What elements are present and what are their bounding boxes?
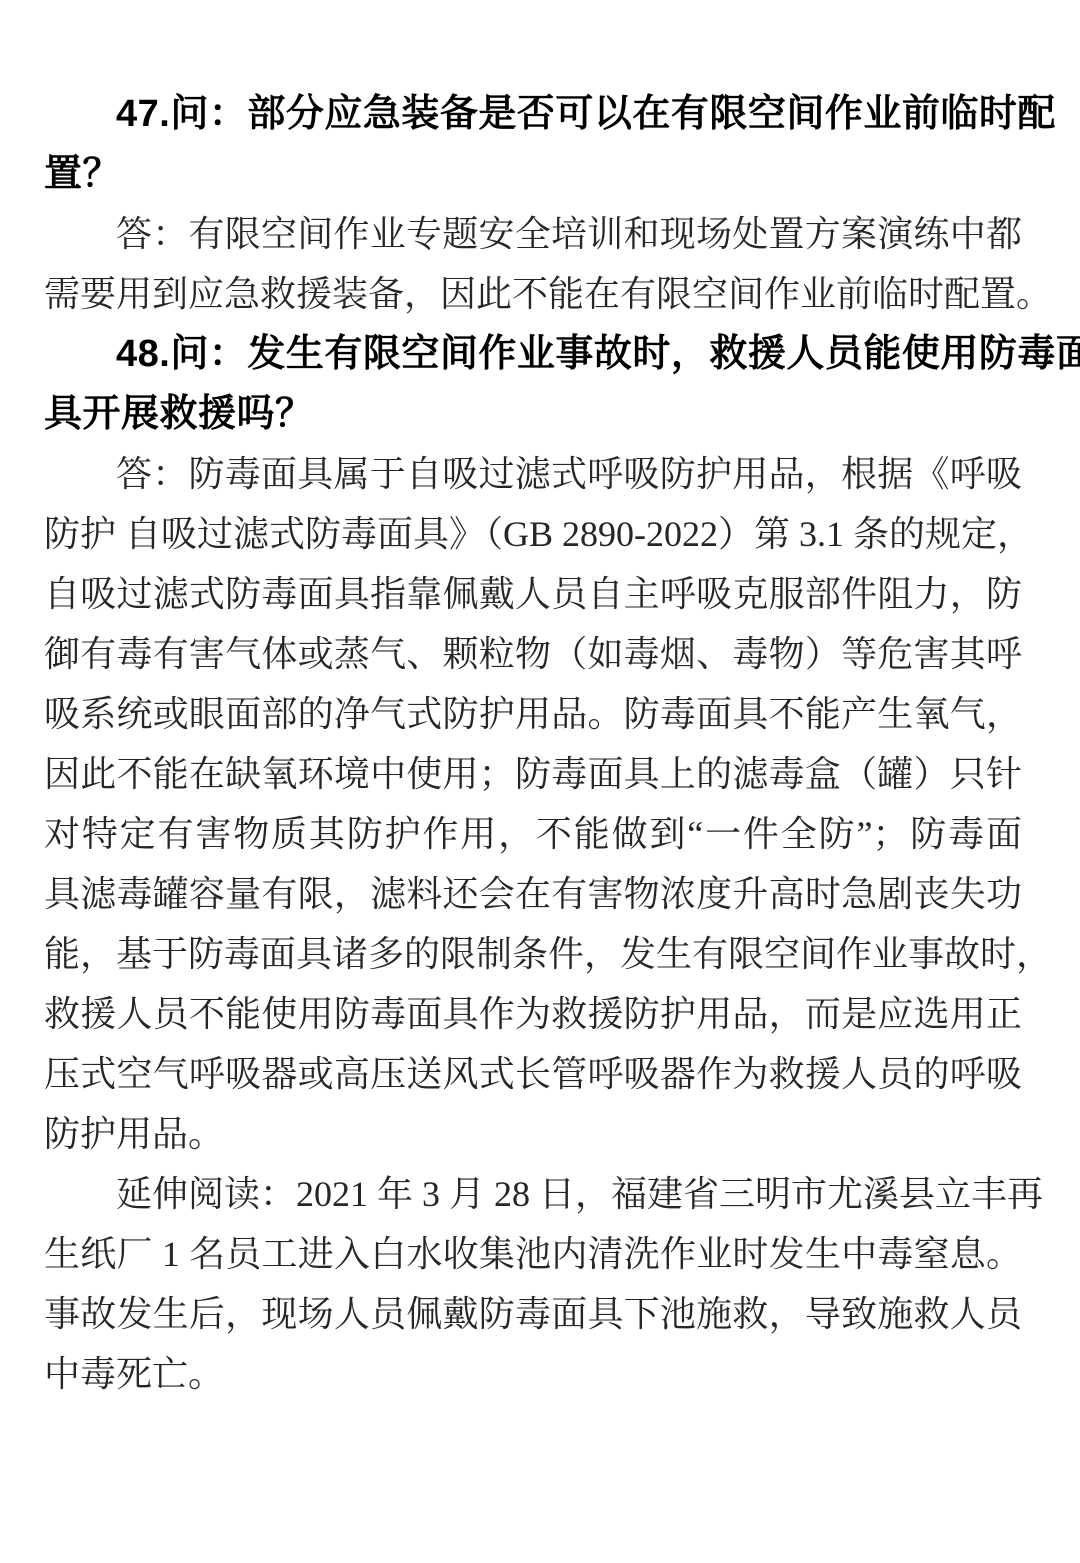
body-text-line: 压式空气呼吸器或高压送风式长管呼吸器作为救援人员的呼吸 <box>44 1044 1022 1104</box>
document-body: 47.问：部分应急装备是否可以在有限空间作业前临时配置？答：有限空间作业专题安全… <box>44 84 1022 1404</box>
body-text-line: 具滤毒罐容量有限，滤料还会在有害物浓度升高时急剧丧失功 <box>44 864 1022 924</box>
body-text-line: 吸系统或眼面部的净气式防护用品。防毒面具不能产生氧气， <box>44 684 1022 744</box>
question-text-line: 具开展救援吗？ <box>44 384 1022 444</box>
body-text-line: 防护用品。 <box>44 1104 1022 1164</box>
body-text-line: 御有毒有害气体或蒸气、颗粒物（如毒烟、毒物）等危害其呼 <box>44 624 1022 684</box>
body-text-line: 对特定有害物质其防护作用，不能做到“一件全防”；防毒面 <box>44 804 1022 864</box>
body-text-line: 防护 自吸过滤式防毒面具》（GB 2890-2022）第 3.1 条的规定， <box>44 504 1022 564</box>
body-text-line: 因此不能在缺氧环境中使用；防毒面具上的滤毒盒（罐）只针 <box>44 744 1022 804</box>
body-text-line: 能，基于防毒面具诸多的限制条件，发生有限空间作业事故时， <box>44 924 1022 984</box>
question-text-line: 置？ <box>44 144 1022 204</box>
question-text-line: 48.问：发生有限空间作业事故时，救援人员能使用防毒面 <box>44 324 1022 384</box>
body-text-line: 中毒死亡。 <box>44 1344 1022 1404</box>
body-text-line: 生纸厂 1 名员工进入白水收集池内清洗作业时发生中毒窒息。 <box>44 1224 1022 1284</box>
body-text-line: 救援人员不能使用防毒面具作为救援防护用品，而是应选用正 <box>44 984 1022 1044</box>
body-text-line: 事故发生后，现场人员佩戴防毒面具下池施救，导致施救人员 <box>44 1284 1022 1344</box>
body-text-line: 自吸过滤式防毒面具指靠佩戴人员自主呼吸克服部件阻力，防 <box>44 564 1022 624</box>
body-text-line: 答：有限空间作业专题安全培训和现场处置方案演练中都 <box>44 204 1022 264</box>
document-page: 47.问：部分应急装备是否可以在有限空间作业前临时配置？答：有限空间作业专题安全… <box>0 0 1080 1563</box>
body-text-line: 答：防毒面具属于自吸过滤式呼吸防护用品，根据《呼吸 <box>44 444 1022 504</box>
body-text-line: 延伸阅读：2021 年 3 月 28 日，福建省三明市尤溪县立丰再 <box>44 1164 1022 1224</box>
question-text-line: 47.问：部分应急装备是否可以在有限空间作业前临时配 <box>44 84 1022 144</box>
body-text-line: 需要用到应急救援装备，因此不能在有限空间作业前临时配置。 <box>44 264 1022 324</box>
